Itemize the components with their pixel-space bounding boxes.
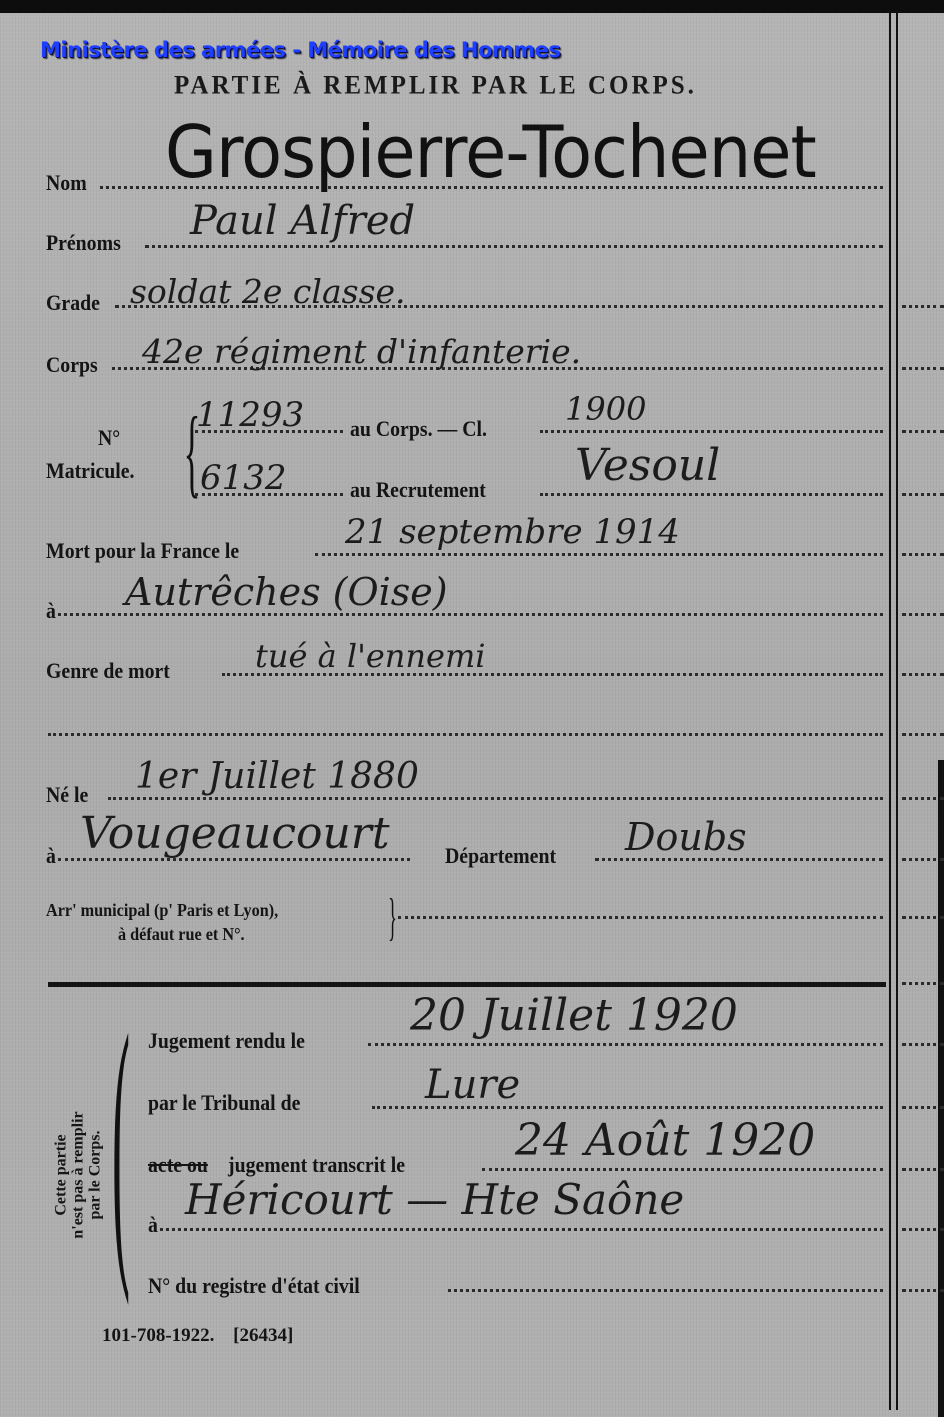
label-corps: Corps [46,352,98,378]
label-genre-de-mort: Genre de mort [46,658,170,684]
label-tribunal: par le Tribunal de [148,1090,300,1116]
line-date-jugement [368,1043,883,1046]
label-mort-pour-la-france: Mort pour la France le [46,538,239,564]
scan-top-border [0,0,944,13]
line-arrondissement [398,916,883,919]
line-bureau-margin [902,493,944,496]
line-corps-margin [902,367,944,370]
value-lieu-deces: Autrêches (Oise) [125,570,448,614]
value-date-jugement: 20 Juillet 1920 [410,990,738,1041]
line-genre-margin [902,673,944,676]
line-grade-margin [902,305,944,308]
line-date-naissance [108,797,883,800]
footer-reference: 101-708-1922. [102,1325,214,1346]
value-classe: 1900 [565,390,646,428]
margin-rule-right [896,10,898,1410]
value-bureau-recrutement: Vesoul [575,440,720,491]
line-naissance-margin [902,797,944,800]
side-note-line-3: par le Corps. [87,1111,104,1238]
arrondissement-brace: } [388,892,397,944]
line-date-deces-margin [902,553,944,556]
margin-rule-left [889,10,891,1410]
label-ne-le: Né le [46,782,88,808]
value-date-deces: 21 septembre 1914 [345,512,680,552]
side-note-line-2: n'est pas à remplir [70,1111,87,1238]
value-date-naissance: 1er Juillet 1880 [135,756,419,797]
value-matricule-recrutement: 6132 [200,458,287,498]
label-matricule: Matricule. [46,458,135,484]
line-classe [540,430,883,433]
line-lieu-deces-margin [902,613,944,616]
archive-watermark: Ministère des armées - Mémoire des Homme… [40,38,560,62]
line-jugement-margin [902,1043,944,1046]
value-nom: Grospierre-Tochenet [165,110,816,194]
line-registre [448,1289,883,1292]
line-prenoms [145,245,883,248]
value-genre-de-mort: tué à l'ennemi [255,637,486,675]
label-departement: Département [445,843,556,869]
label-lieu-deces: à [46,598,56,624]
side-note: Cette partie n'est pas à remplir par le … [28,1075,128,1275]
value-prenoms: Paul Alfred [190,198,415,244]
section-separator [48,982,886,987]
line-departement-margin [902,858,944,861]
label-jugement-rendu: Jugement rendu le [148,1028,305,1054]
value-corps: 42e régiment d'infanterie. [142,332,581,371]
label-grade: Grade [46,290,100,316]
line-arrondissement-margin [902,916,944,919]
value-grade: soldat 2e classe. [130,272,406,311]
value-tribunal: Lure [425,1062,520,1108]
value-lieu-naissance: Vougeaucourt [80,808,390,859]
form-header: PARTIE À REMPLIR PAR LE CORPS. [174,71,697,100]
value-date-transcription: 24 Août 1920 [515,1115,815,1166]
label-lieu-transcription: à [148,1212,158,1238]
label-au-recrutement: au Recrutement [350,477,486,503]
label-matricule-no: N° [98,425,120,451]
label-registre: N° du registre d'état civil [148,1273,360,1299]
line-classe-margin [902,430,944,433]
label-nom: Nom [46,170,87,196]
value-departement: Doubs [625,815,747,859]
line-registre-margin [902,1289,944,1292]
form-footer: 101-708-1922. [26434] [102,1325,293,1347]
line-lieu-transcription-margin [902,1228,944,1231]
line-separator-margin [902,982,944,985]
line-blank-margin [902,733,944,736]
label-arrondissement-1: Arr' municipal (p' Paris et Lyon), [46,900,278,921]
label-au-corps: au Corps. — Cl. [350,416,487,442]
label-prenoms: Prénoms [46,230,121,256]
line-date-transcription [482,1168,883,1171]
line-lieu-transcription [160,1228,883,1231]
footer-code: [26434] [233,1325,293,1346]
value-lieu-transcription: Héricourt — Hte Saône [185,1175,684,1224]
line-blank [48,733,883,736]
side-note-line-1: Cette partie [53,1111,70,1238]
line-bureau-recrutement [540,493,883,496]
line-tribunal-margin [902,1106,944,1109]
value-matricule-corps: 11293 [196,395,304,435]
line-date-deces [315,553,883,556]
label-arrondissement-2: à défaut rue et N°. [118,924,245,945]
line-transcription-margin [902,1168,944,1171]
label-lieu-naissance: à [46,843,56,869]
